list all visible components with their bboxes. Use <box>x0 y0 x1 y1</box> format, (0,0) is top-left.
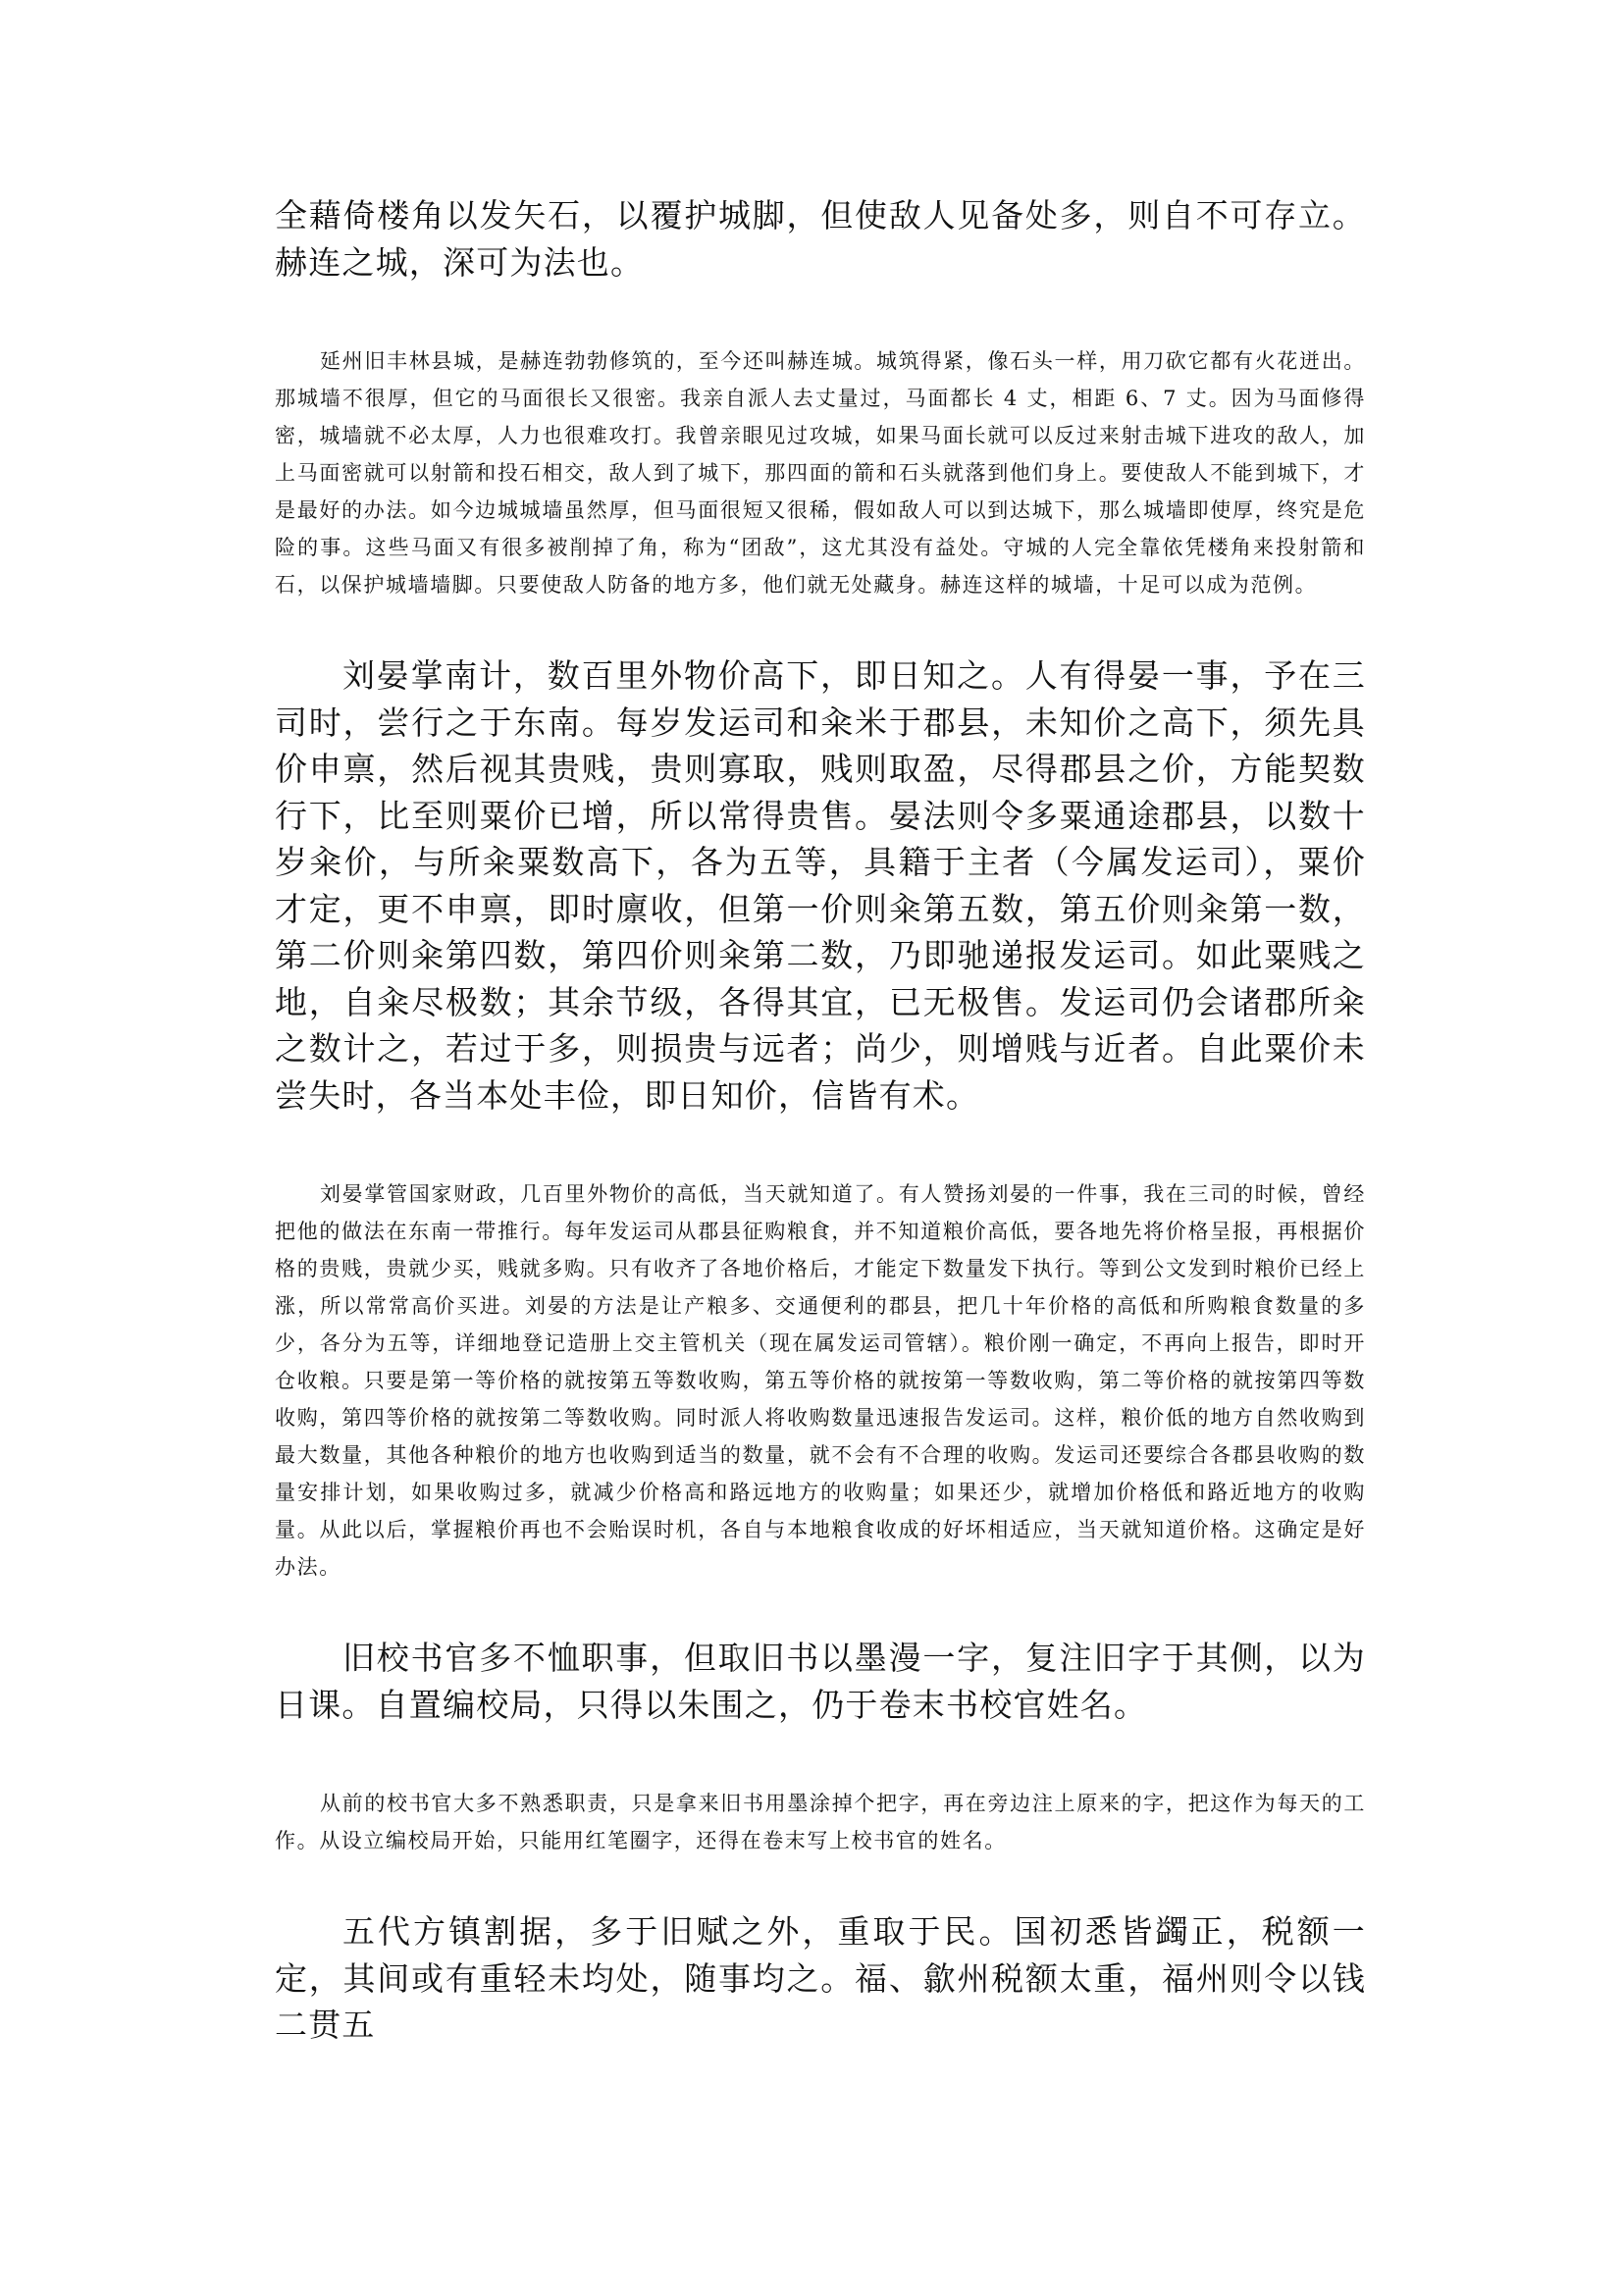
document-page: 全藉倚楼角以发矢石，以覆护城脚，但使敌人见备处多，则自不可存立。赫连之城，深可为… <box>275 192 1366 2049</box>
translation-paragraph: 刘晏掌管国家财政，几百里外物价的高低，当天就知道了。有人赞扬刘晏的一件事，我在三… <box>275 1175 1366 1586</box>
original-text-paragraph: 全藉倚楼角以发矢石，以覆护城脚，但使敌人见备处多，则自不可存立。赫连之城，深可为… <box>275 192 1366 286</box>
paragraph-spacer <box>275 286 1366 342</box>
original-text-paragraph: 刘晏掌南计，数百里外物价高下，即日知之。人有得晏一事，予在三司时，尝行之于东南。… <box>275 652 1366 1119</box>
original-text-paragraph: 五代方镇割据，多于旧赋之外，重取于民。国初悉皆蠲正，税额一定，其间或有重轻未均处… <box>275 1908 1366 2049</box>
paragraph-spacer <box>275 1859 1366 1908</box>
original-text-paragraph: 旧校书官多不恤职事，但取旧书以墨漫一字，复注旧字于其侧，以为日课。自置编校局，只… <box>275 1635 1366 1728</box>
paragraph-spacer <box>275 603 1366 652</box>
paragraph-spacer <box>275 1119 1366 1175</box>
translation-paragraph: 从前的校书官大多不熟悉职责，只是拿来旧书用墨涂掉个把字，再在旁边注上原来的字，把… <box>275 1785 1366 1859</box>
paragraph-spacer <box>275 1586 1366 1635</box>
paragraph-spacer <box>275 1728 1366 1785</box>
translation-paragraph: 延州旧丰林县城，是赫连勃勃修筑的，至今还叫赫连城。城筑得紧，像石头一样，用刀砍它… <box>275 342 1366 603</box>
